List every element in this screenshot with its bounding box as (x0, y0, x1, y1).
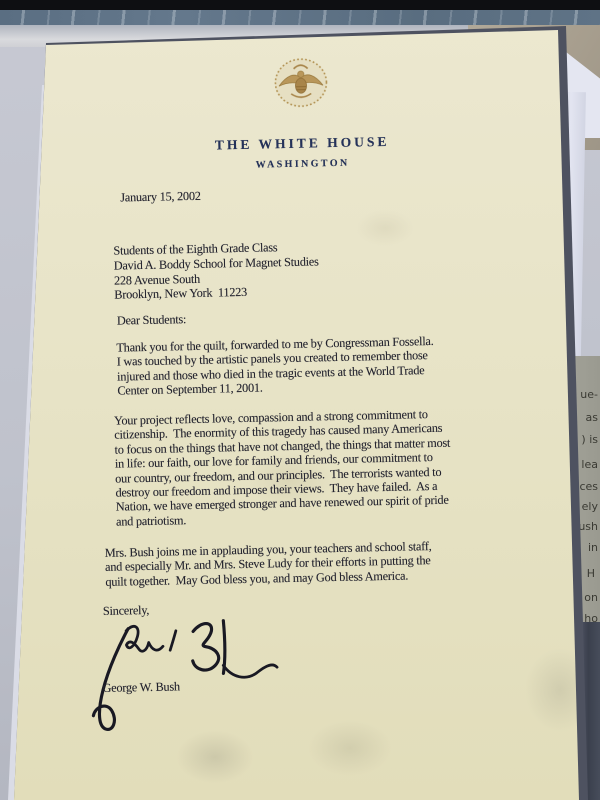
salutation: Dear Students: (117, 312, 187, 328)
letter-date: January 15, 2002 (120, 189, 201, 205)
adjacent-page-text-fragment: on (584, 592, 598, 604)
adjacent-page-text-fragment: ue- (580, 389, 598, 401)
recipient-address: Students of the Eighth Grade Class David… (113, 239, 319, 302)
letterhead-title: THE WHITE HOUSE (49, 131, 555, 156)
adjacent-page-text-fragment: as (586, 412, 598, 424)
binder-edge-blue (0, 10, 600, 25)
letter-paper: THE WHITE HOUSE WASHINGTON January 15, 2… (0, 0, 600, 800)
adjacent-page-text-fragment: lea (581, 459, 598, 471)
photograph-of-letter: ue- as ) is lea ces ely ush in H on ho T… (0, 0, 600, 800)
table-edge-dark (0, 0, 600, 10)
signature-handwritten (75, 611, 286, 739)
presidential-seal-icon (271, 56, 330, 111)
adjacent-page-text-fragment: in (588, 542, 598, 554)
body-paragraph-2: Your project reflects love, compassion a… (114, 404, 556, 528)
adjacent-page-text-fragment: ) is (581, 434, 598, 446)
adjacent-page-text-fragment: ces (579, 481, 598, 493)
letterhead-subtitle: WASHINGTON (50, 153, 556, 175)
letter-content: THE WHITE HOUSE WASHINGTON January 15, 2… (47, 29, 575, 800)
body-paragraph-1: Thank you for the quilt, forwarded to me… (116, 331, 557, 398)
adjacent-page-text-fragment: ely (582, 501, 598, 513)
adjacent-page-text-fragment: ush (578, 521, 598, 533)
typed-signature-name: George W. Bush (102, 679, 180, 695)
body-paragraph-3: Mrs. Bush joins me in applauding you, yo… (105, 537, 546, 589)
adjacent-page-text-fragment: H (587, 568, 595, 580)
